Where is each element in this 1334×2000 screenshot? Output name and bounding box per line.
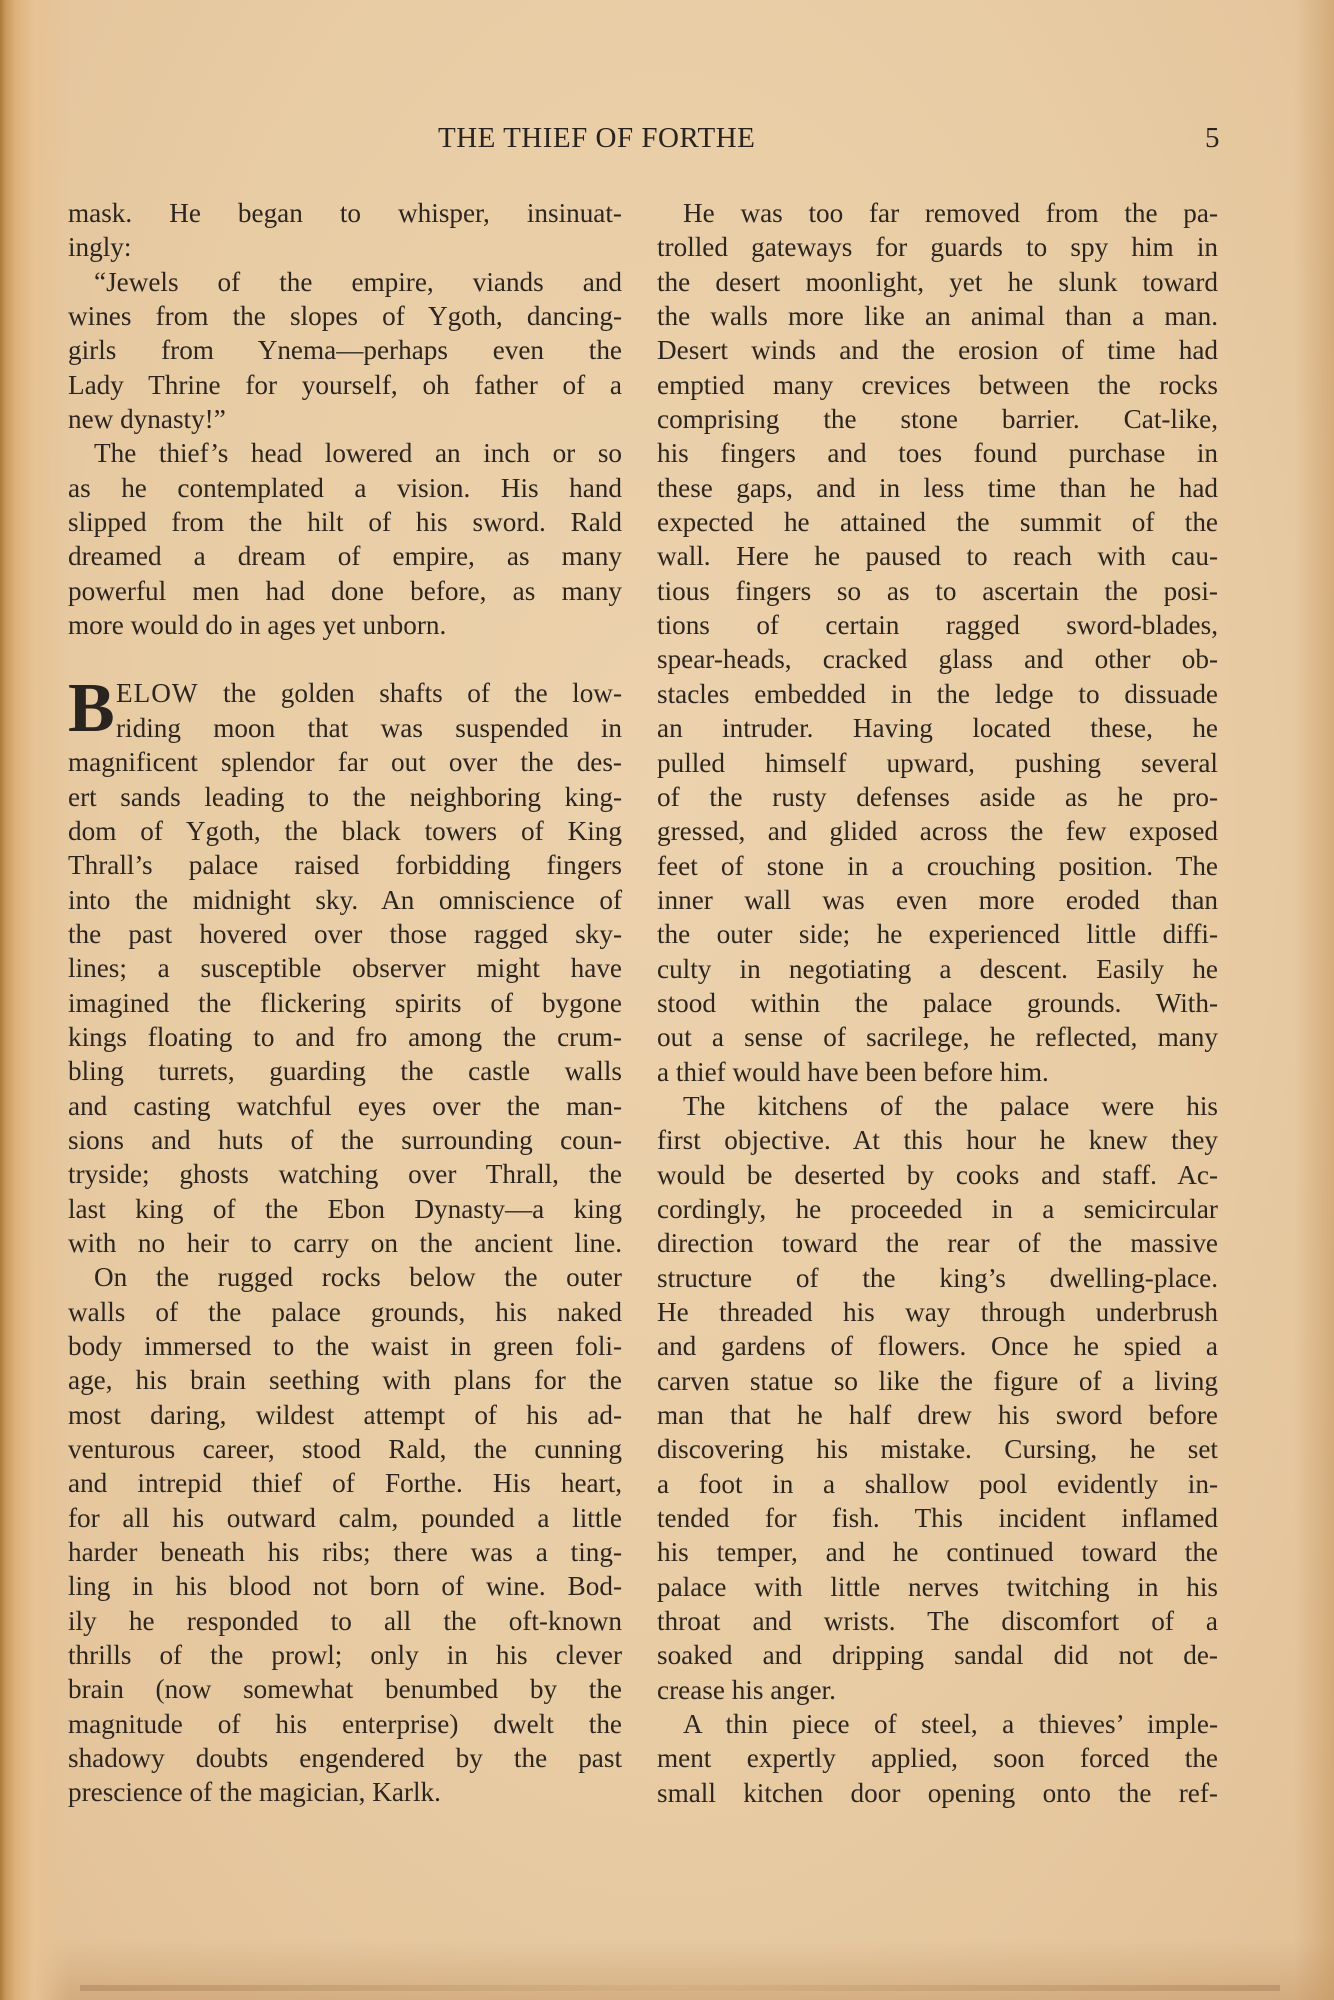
text-line: The thief’s head lowered an inch or so <box>68 436 622 470</box>
text-line: He threaded his way through underbrush <box>657 1295 1218 1329</box>
text-line: shadowy doubts engendered by the past <box>68 1741 622 1775</box>
text-line: bling turrets, guarding the castle walls <box>68 1054 622 1088</box>
text-line: brain (now somewhat benumbed by the <box>68 1672 622 1706</box>
text-line: man that he half drew his sword before <box>657 1398 1218 1432</box>
text-line: a thief would have been before him. <box>657 1055 1218 1089</box>
text-line: magnificent splendor far out over the de… <box>68 745 622 779</box>
text-line: soaked and dripping sandal did not de- <box>657 1638 1218 1672</box>
text-line: an intruder. Having located these, he <box>657 711 1218 745</box>
text-line: riding moon that was suspended in <box>68 711 622 745</box>
text-line: age, his brain seething with plans for t… <box>68 1363 622 1397</box>
text-line: pulled himself upward, pushing several <box>657 746 1218 780</box>
text-line: He was too far removed from the pa- <box>657 196 1218 230</box>
text-line: structure of the king’s dwelling-place. <box>657 1261 1218 1295</box>
text-line: expected he attained the summit of the <box>657 505 1218 539</box>
book-page: THE THIEF OF FORTHE 5 mask. He began to … <box>0 0 1334 2000</box>
first-line-rest: the golden shafts of the low- <box>199 678 622 708</box>
text-line: last king of the Ebon Dynasty—a king <box>68 1192 622 1226</box>
text-line: tryside; ghosts watching over Thrall, th… <box>68 1157 622 1191</box>
text-line: and casting watchful eyes over the man- <box>68 1089 622 1123</box>
text-line: wall. Here he paused to reach with cau- <box>657 539 1218 573</box>
text-line: venturous career, stood Rald, the cunnin… <box>68 1432 622 1466</box>
text-line: dom of Ygoth, the black towers of King <box>68 814 622 848</box>
text-line: The kitchens of the palace were his <box>657 1089 1218 1123</box>
text-line: emptied many crevices between the rocks <box>657 368 1218 402</box>
text-line: Lady Thrine for yourself, oh father of a <box>68 368 622 402</box>
text-line: harder beneath his ribs; there was a tin… <box>68 1535 622 1569</box>
right-column: He was too far removed from the pa- trol… <box>657 196 1218 1810</box>
text-line: dreamed a dream of empire, as many <box>68 539 622 573</box>
text-line: kings floating to and fro among the crum… <box>68 1020 622 1054</box>
text-line: carven statue so like the figure of a li… <box>657 1364 1218 1398</box>
text-line: ingly: <box>68 230 622 264</box>
text-line: magnitude of his enterprise) dwelt the <box>68 1707 622 1741</box>
text-line: culty in negotiating a descent. Easily h… <box>657 952 1218 986</box>
text-line: a foot in a shallow pool evidently in- <box>657 1467 1218 1501</box>
text-line: direction toward the rear of the massive <box>657 1226 1218 1260</box>
dropcap-first-line: B ELOW the golden shafts of the low- <box>68 676 622 710</box>
text-line: thrills of the prowl; only in his clever <box>68 1638 622 1672</box>
text-line: inner wall was even more eroded than <box>657 883 1218 917</box>
text-line: throat and wrists. The discomfort of a <box>657 1604 1218 1638</box>
text-line: discovering his mistake. Cursing, he set <box>657 1432 1218 1466</box>
text-line: the outer side; he experienced little di… <box>657 917 1218 951</box>
text-line: as he contemplated a vision. His hand <box>68 471 622 505</box>
text-line: palace with little nerves twitching in h… <box>657 1570 1218 1604</box>
page-number: 5 <box>1205 122 1220 155</box>
text-line: the past hovered over those ragged sky- <box>68 917 622 951</box>
text-line: A thin piece of steel, a thieves’ imple- <box>657 1707 1218 1741</box>
text-line: comprising the stone barrier. Cat-like, <box>657 402 1218 436</box>
text-line: stacles embedded in the ledge to dissuad… <box>657 677 1218 711</box>
text-line: stood within the palace grounds. With- <box>657 986 1218 1020</box>
text-line: tious fingers so as to ascertain the pos… <box>657 574 1218 608</box>
text-line: On the rugged rocks below the outer <box>68 1260 622 1294</box>
text-line: of the rusty defenses aside as he pro- <box>657 780 1218 814</box>
text-line: cordingly, he proceeded in a semicircula… <box>657 1192 1218 1226</box>
text-line: imagined the flickering spirits of bygon… <box>68 986 622 1020</box>
text-line: ert sands leading to the neighboring kin… <box>68 780 622 814</box>
text-line: these gaps, and in less time than he had <box>657 471 1218 505</box>
text-line: feet of stone in a crouching position. T… <box>657 849 1218 883</box>
text-line: out a sense of sacrilege, he reflected, … <box>657 1020 1218 1054</box>
text-line: ment expertly applied, soon forced the <box>657 1741 1218 1775</box>
text-line: the walls more like an animal than a man… <box>657 299 1218 333</box>
text-line: for all his outward calm, pounded a litt… <box>68 1501 622 1535</box>
text-line: spear-heads, cracked glass and other ob- <box>657 642 1218 676</box>
text-line: Desert winds and the erosion of time had <box>657 333 1218 367</box>
page-edge-stain <box>80 1985 1280 1991</box>
text-line: crease his anger. <box>657 1673 1218 1707</box>
section-break <box>68 642 622 676</box>
text-line: Thrall’s palace raised forbidding finger… <box>68 848 622 882</box>
text-line: tions of certain ragged sword-blades, <box>657 608 1218 642</box>
smallcaps-lead: ELOW <box>116 678 199 708</box>
text-line: ily he responded to all the oft-known <box>68 1604 622 1638</box>
text-line: sions and huts of the surrounding coun- <box>68 1123 622 1157</box>
text-line: wines from the slopes of Ygoth, dancing- <box>68 299 622 333</box>
text-line: his fingers and toes found purchase in <box>657 436 1218 470</box>
text-line: lines; a susceptible observer might have <box>68 951 622 985</box>
text-line: ling in his blood not born of wine. Bod- <box>68 1569 622 1603</box>
text-line: with no heir to carry on the ancient lin… <box>68 1226 622 1260</box>
text-line: his temper, and he continued toward the <box>657 1535 1218 1569</box>
text-line: gressed, and glided across the few expos… <box>657 814 1218 848</box>
text-line: the desert moonlight, yet he slunk towar… <box>657 265 1218 299</box>
drop-cap: B <box>68 678 115 740</box>
text-line: walls of the palace grounds, his naked <box>68 1295 622 1329</box>
text-line: more would do in ages yet unborn. <box>68 608 622 642</box>
text-line: and intrepid thief of Forthe. His heart, <box>68 1466 622 1500</box>
text-line: and gardens of flowers. Once he spied a <box>657 1329 1218 1363</box>
left-column: mask. He began to whisper, insinuat- ing… <box>68 196 622 1810</box>
text-line: small kitchen door opening onto the ref- <box>657 1776 1218 1810</box>
running-title: THE THIEF OF FORTHE <box>438 122 755 155</box>
text-line: prescience of the magician, Karlk. <box>68 1775 622 1809</box>
text-line: new dynasty!” <box>68 402 622 436</box>
text-line: first objective. At this hour he knew th… <box>657 1123 1218 1157</box>
text-line: body immersed to the waist in green foli… <box>68 1329 622 1363</box>
text-line: tended for fish. This incident inflamed <box>657 1501 1218 1535</box>
text-line: powerful men had done before, as many <box>68 574 622 608</box>
text-line: would be deserted by cooks and staff. Ac… <box>657 1158 1218 1192</box>
text-line: slipped from the hilt of his sword. Rald <box>68 505 622 539</box>
text-line: “Jewels of the empire, viands and <box>68 265 622 299</box>
text-line: most daring, wildest attempt of his ad- <box>68 1398 622 1432</box>
text-line: girls from Ynema—perhaps even the <box>68 333 622 367</box>
running-header: THE THIEF OF FORTHE 5 <box>0 122 1334 162</box>
text-line: into the midnight sky. An omniscience of <box>68 883 622 917</box>
text-line: mask. He began to whisper, insinuat- <box>68 196 622 230</box>
dropcap-line-text: ELOW the golden shafts of the low- <box>68 676 622 710</box>
text-line: trolled gateways for guards to spy him i… <box>657 230 1218 264</box>
